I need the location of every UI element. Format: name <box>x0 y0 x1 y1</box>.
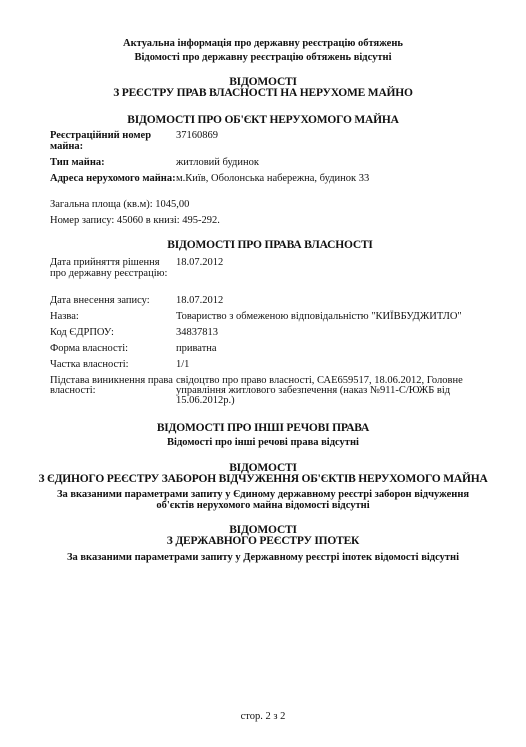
field-value: 18.07.2012 <box>176 295 490 306</box>
prohibitions-note-1: За вказаними параметрами запиту у Єдином… <box>0 489 526 500</box>
field-label: Код ЄДРПОУ: <box>50 327 176 338</box>
header-line-1: Актуальна інформація про державну реєстр… <box>0 37 526 50</box>
field-value: житловий будинок <box>176 157 490 168</box>
total-area: Загальна площа (кв.м): 1045,00 <box>50 199 189 211</box>
prohibitions-title-2: З ЄДИНОГО РЕЄСТРУ ЗАБОРОН ВІДЧУЖЕННЯ ОБ'… <box>0 474 526 485</box>
field-value: м.Київ, Оболонська набережна, будинок 33 <box>176 173 490 184</box>
field-value: Товариство з обмеженою відповідальністю … <box>176 311 490 322</box>
field-value: 18.07.2012 <box>176 257 490 279</box>
object-section-title: ВІДОМОСТІ ПРО ОБ'ЄКТ НЕРУХОМОГО МАЙНА <box>0 115 526 126</box>
field-label: Частка власності: <box>50 359 176 370</box>
field-value: 34837813 <box>176 327 490 338</box>
field-edrpou: Код ЄДРПОУ: 34837813 <box>50 327 490 338</box>
other-rights-note: Відомості про інші речові права відсутні <box>0 436 526 449</box>
field-value: приватна <box>176 343 490 354</box>
field-entry-date: Дата внесення запису: 18.07.2012 <box>50 295 490 306</box>
other-rights-title: ВІДОМОСТІ ПРО ІНШІ РЕЧОВІ ПРАВА <box>0 423 526 434</box>
document-page: Актуальна інформація про державну реєстр… <box>0 0 526 747</box>
prohibitions-note-2: об'єктів нерухомого майна відомості відс… <box>0 500 526 511</box>
field-value: 37160869 <box>176 130 490 152</box>
field-ownership-share: Частка власності: 1/1 <box>50 359 490 370</box>
field-label: Дата внесення запису: <box>50 295 176 306</box>
rights-section-title: ВІДОМОСТІ ПРО ПРАВА ВЛАСНОСТІ <box>50 240 490 251</box>
field-property-type: Тип майна: житловий будинок <box>50 157 490 168</box>
field-ownership-basis: Підстава виникнення права власності: сві… <box>50 376 490 406</box>
field-decision-date: Дата прийняття рішення про державну реєс… <box>50 257 490 279</box>
field-address: Адреса нерухомого майна: м.Київ, Оболонс… <box>50 173 490 184</box>
page-number: стор. 2 з 2 <box>0 711 526 722</box>
field-registration-number: Реєстраційний номер майна: 37160869 <box>50 130 490 152</box>
field-label: Адреса нерухомого майна: <box>50 173 176 184</box>
field-label: Форма власності: <box>50 343 176 354</box>
record-number: Номер запису: 45060 в книзі: 495-292. <box>50 215 220 227</box>
field-ownership-form: Форма власності: приватна <box>50 343 490 354</box>
mortgages-title-2: З ДЕРЖАВНОГО РЕЄСТРУ ІПОТЕК <box>0 536 526 547</box>
mortgages-note: За вказаними параметрами запиту у Держав… <box>0 551 526 564</box>
field-name: Назва: Товариство з обмеженою відповідал… <box>50 311 490 322</box>
field-label: Підстава виникнення права власності: <box>50 376 176 406</box>
field-value: свідоцтво про право власності, САЕ659517… <box>176 376 490 406</box>
header-line-2: Відомості про державну реєстрацію обтяже… <box>0 51 526 64</box>
field-label: Назва: <box>50 311 176 322</box>
register-title-2: З РЕЄСТРУ ПРАВ ВЛАСНОСТІ НА НЕРУХОМЕ МАЙ… <box>0 88 526 99</box>
field-label: Тип майна: <box>50 157 176 168</box>
field-label: Реєстраційний номер майна: <box>50 130 176 152</box>
field-label: Дата прийняття рішення про державну реєс… <box>50 257 176 279</box>
field-value: 1/1 <box>176 359 490 370</box>
